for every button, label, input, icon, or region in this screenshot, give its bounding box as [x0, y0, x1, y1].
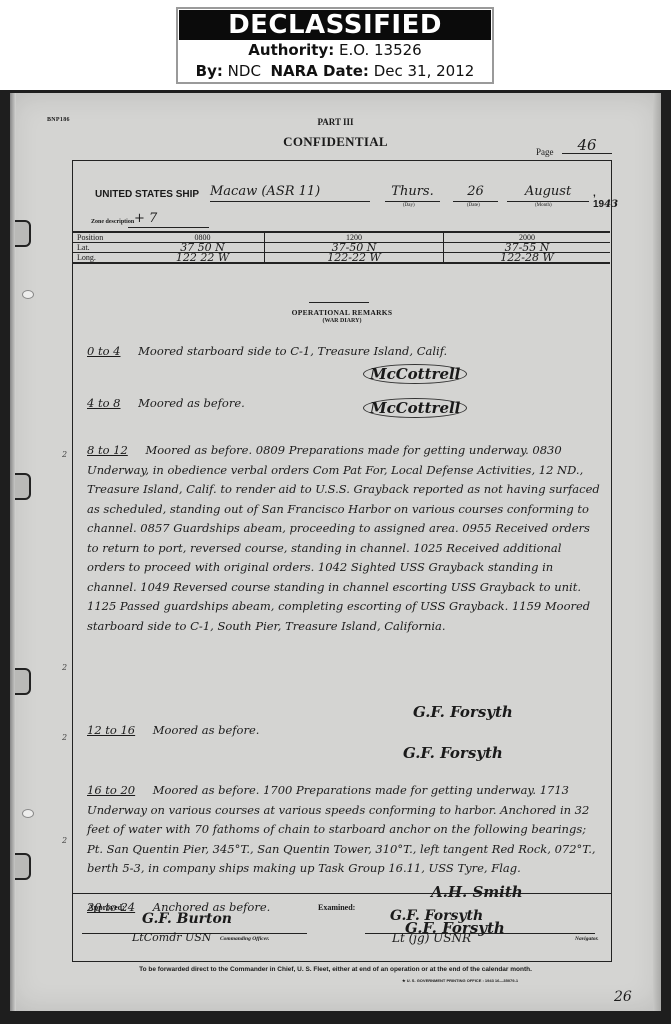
signature: G.F. Forsyth [403, 744, 503, 762]
watch-period: 0 to 4 [87, 344, 121, 358]
gpo-imprint: ★ U. S. GOVERNMENT PRINTING OFFICE : 194… [402, 978, 518, 983]
entry-text: Moored as before. [138, 396, 245, 410]
diary-entry: 4 to 8 Moored as before. [87, 393, 602, 413]
date-caption: (Date) [467, 203, 480, 208]
year: , 1943 [593, 188, 618, 210]
watch-period: 8 to 12 [87, 443, 128, 457]
part-heading: PART III [10, 117, 661, 127]
ship-name: Macaw (ASR 11) [210, 183, 370, 202]
signature: McCottrell [363, 398, 467, 418]
entry-text: Moored as before. 0809 Preparations made… [87, 443, 600, 633]
margin-mark: 2 [62, 733, 67, 742]
remarks-title: OPERATIONAL REMARKS [73, 308, 611, 317]
examined-signature: G.F. Forsyth [390, 908, 483, 924]
zone-value: + 7 [128, 211, 209, 228]
entry-text: Moored as before. 1700 Preparations made… [87, 783, 596, 875]
margin-mark: 2 [62, 450, 67, 459]
approved-label: Approved: [88, 903, 125, 912]
approved-rank: LtComdr USN [132, 931, 211, 944]
diary-entry: 16 to 20 Moored as before. 1700 Preparat… [87, 781, 602, 879]
binder-clip-icon [15, 853, 31, 880]
watch-period: 4 to 8 [87, 396, 121, 410]
day-value: Thurs. [385, 183, 440, 202]
day-caption: (Day) [403, 203, 415, 208]
month-value: August [507, 183, 589, 202]
margin-mark: 2 [62, 663, 67, 672]
binder-clip-icon [15, 668, 31, 695]
declassified-stamp: DECLASSIFIED Authority: E.O. 13526 By: N… [176, 7, 494, 84]
archive-page-number: 26 [614, 989, 632, 1005]
diary-entry: 0 to 4 Moored starboard side to C-1, Tre… [87, 341, 602, 361]
watch-period: 12 to 16 [87, 723, 135, 737]
examined-rank: Lt (jg) USNR [392, 931, 471, 945]
punch-hole-icon [22, 809, 34, 818]
binder-clip-icon [15, 220, 31, 247]
watch-period: 16 to 20 [87, 783, 135, 797]
page-edge-right [653, 93, 661, 1011]
commanding-officer-caption: Commanding Officer. [220, 936, 269, 942]
signature: G.F. Forsyth [413, 703, 513, 721]
margin-mark: 2 [62, 836, 67, 845]
punch-hole-icon [22, 290, 34, 299]
position-table: Position 0800 1200 2000 Lat. 37 50 N 37-… [73, 231, 610, 264]
longitude-row: Long. 122 22 W 122-22 W 122-28 W [73, 253, 610, 264]
stamp-authority: Authority: E.O. 13526 [178, 40, 492, 61]
stamp-title: DECLASSIFIED [179, 10, 491, 40]
page-number: 46 [562, 137, 612, 154]
ship-date-row: UNITED STATES SHIP Macaw (ASR 11) Thurs.… [95, 183, 605, 213]
divider [309, 302, 369, 303]
signature: McCottrell [363, 364, 467, 384]
forwarding-instruction: To be forwarded direct to the Commander … [10, 966, 661, 973]
page-label: Page [536, 147, 554, 157]
navigator-caption: Navigator. [575, 936, 599, 942]
diary-entry: 12 to 16 Moored as before. [87, 720, 602, 740]
entry-text: Moored as before. [153, 723, 260, 737]
remarks-subtitle: (WAR DIARY) [73, 318, 611, 324]
binder-clip-icon [15, 473, 31, 500]
war-diary-page: BNP186 PART III CONFIDENTIAL Page 46 UNI… [10, 93, 661, 1011]
stamp-by-date: By: NDC NARA Date: Dec 31, 2012 [178, 61, 492, 82]
examined-label: Examined: [318, 903, 355, 912]
diary-entry: 8 to 12 Moored as before. 0809 Preparati… [87, 441, 602, 636]
approved-signature: G.F. Burton [142, 911, 232, 927]
entry-text: Moored starboard side to C-1, Treasure I… [138, 344, 447, 358]
ship-label: UNITED STATES SHIP [95, 189, 199, 200]
approval-divider [72, 893, 612, 894]
date-value: 26 [453, 183, 498, 202]
month-caption: (Month) [535, 203, 552, 208]
diary-form-box: UNITED STATES SHIP Macaw (ASR 11) Thurs.… [72, 160, 612, 962]
